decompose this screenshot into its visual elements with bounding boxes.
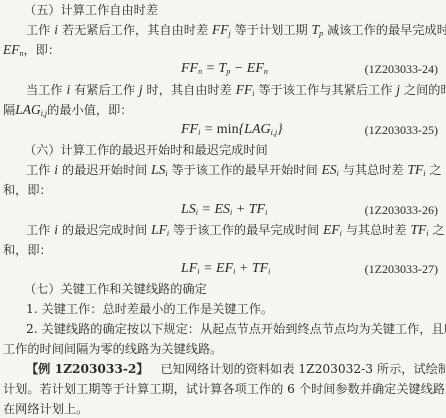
formula-1z203033-24: FFn = Tp − EFn (1Z203033-24) [0,59,446,79]
section-heading-six: （六）计算工作的最迟开始时和最迟完成时间 [0,141,446,159]
paragraph-six-1-line2: 和，即： [0,181,446,199]
document-page: （五）计算工作自由时差 工作 i 若无紧后工作，其自由时差 FFj 等于计划工期… [0,0,446,418]
var-i: i [54,22,58,37]
list-item-2-line2: 工作的时间间隔为零的线路为关键线路。 [0,340,446,358]
formula-number: (1Z203033-25) [365,120,438,140]
formula-expression: FFn = Tp − EFn [181,59,268,82]
paragraph-six-2-line1: 工作 i 的最迟完成时间 LFi 等于该工作的最早完成时间 EFi 与其总时差 … [0,221,446,239]
formula-expression: LSi = ESi + TFi [181,200,267,223]
var-tp: Tp [312,22,324,37]
paragraph-five-2-line1: 当工作 i 有紧后工作 j 时，其自由时差 FFi 等于该工作与其紧后工作 j … [0,81,446,99]
formula-1z203033-26: LSi = ESi + TFi (1Z203033-26) [0,200,446,220]
paragraph-five-1-line1: 工作 i 若无紧后工作，其自由时差 FFj 等于计划工期 Tp 减该工作的最早完… [0,21,446,39]
section-heading-seven: （七）关键工作和关键线路的确定 [0,280,446,298]
text: 若无紧后工作，其自由时差 [62,23,208,37]
example-line3: 在网络计划上。 [0,400,446,418]
formula-expression: LFi = EFi + TFi [181,259,270,282]
list-item-2-line1: 2. 关键线路的确定按以下规定：从起点节点开始到终点节点均为关键工作，且所有 [0,320,446,338]
formula-expression: FFi = min{LAGi,j} [181,120,283,143]
formula-number: (1Z203033-27) [365,259,438,279]
text: 工作 [26,23,50,37]
paragraph-six-2-line2: 和，即： [0,241,446,259]
text: ，即： [24,43,61,57]
text: 已知网络计划的资料如表 1Z203032-3 所示，试绘制单代号网络 [160,362,446,376]
var-ef: EFn [3,42,24,57]
paragraph-five-1-line2: EFn，即： [0,41,446,59]
list-item-1: 1. 关键工作：总时差最小的工作是关键工作。 [0,300,446,318]
section-heading-five: （五）计算工作自由时差 [0,1,446,19]
example-line2: 计划。若计划工期等于计算工期，试计算各项工作的 6 个时间参数并确定关键线路，标… [0,380,446,398]
formula-number: (1Z203033-26) [365,200,438,220]
text: 减该工作的最早完成时间 [327,23,446,37]
text: 等于计划工期 [235,23,308,37]
formula-1z203033-25: FFi = min{LAGi,j} (1Z203033-25) [0,120,446,140]
example-line1: 【例 1Z203033-2】 已知网络计划的资料如表 1Z203032-3 所示… [0,360,446,378]
var-ff: FFj [212,22,231,37]
heading-text: （五）计算工作自由时差 [24,3,158,17]
formula-1z203033-27: LFi = EFi + TFi (1Z203033-27) [0,259,446,279]
paragraph-five-2-line2: 隔LAGi,j的最小值，即： [0,101,446,119]
formula-number: (1Z203033-24) [365,59,438,79]
example-label: 【例 1Z203033-2】 [26,362,149,376]
paragraph-six-1-line1: 工作 i 的最迟开始时间 LSi 等于该工作的最早开始时间 ESi 与其总时差 … [0,161,446,179]
